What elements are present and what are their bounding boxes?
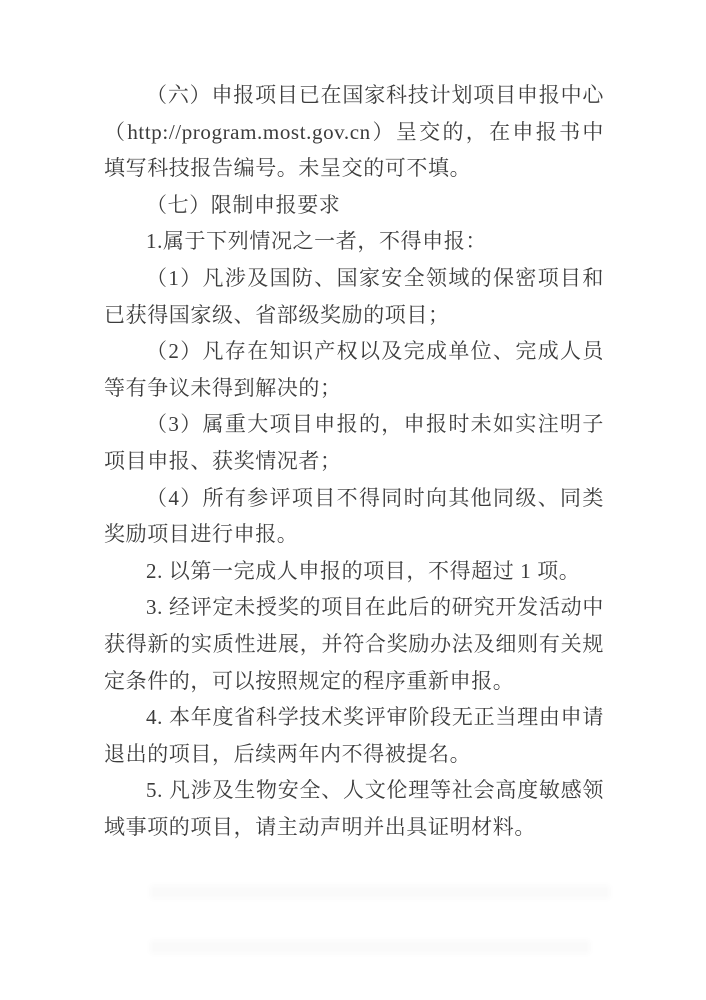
paragraph-rule-1-sub-1: （1）凡涉及国防、国家安全领域的保密项目和已获得国家级、省部级奖励的项目；	[104, 260, 604, 333]
document-page: （六）申报项目已在国家科技计划项目申报中心（http://program.mos…	[0, 0, 706, 1000]
paragraph-rule-2: 2. 以第一完成人申报的项目，不得超过 1 项。	[104, 553, 604, 590]
paragraph-rule-5: 5. 凡涉及生物安全、人文伦理等社会高度敏感领域事项的项目，请主动声明并出具证明…	[104, 772, 604, 845]
paragraph-rule-1-sub-3: （3）属重大项目申报的，申报时未如实注明子项目申报、获奖情况者；	[104, 406, 604, 479]
paragraph-rule-1-sub-4: （4）所有参评项目不得同时向其他同级、同类奖励项目进行申报。	[104, 480, 604, 553]
paragraph-rule-1-sub-2: （2）凡存在知识产权以及完成单位、完成人员等有争议未得到解决的；	[104, 333, 604, 406]
paragraph-item-7-heading: （七）限制申报要求	[104, 187, 604, 224]
document-body: （六）申报项目已在国家科技计划项目申报中心（http://program.mos…	[104, 77, 604, 845]
paragraph-rule-1: 1.属于下列情况之一者，不得申报：	[104, 223, 604, 260]
paragraph-rule-4: 4. 本年度省科学技术奖评审阶段无正当理由申请退出的项目，后续两年内不得被提名。	[104, 699, 604, 772]
page-bleedthrough-artifact	[150, 940, 590, 954]
paragraph-item-6: （六）申报项目已在国家科技计划项目申报中心（http://program.mos…	[104, 77, 604, 187]
paragraph-rule-3: 3. 经评定未授奖的项目在此后的研究开发活动中获得新的实质性进展，并符合奖励办法…	[104, 589, 604, 699]
page-bleedthrough-artifact	[150, 885, 610, 899]
